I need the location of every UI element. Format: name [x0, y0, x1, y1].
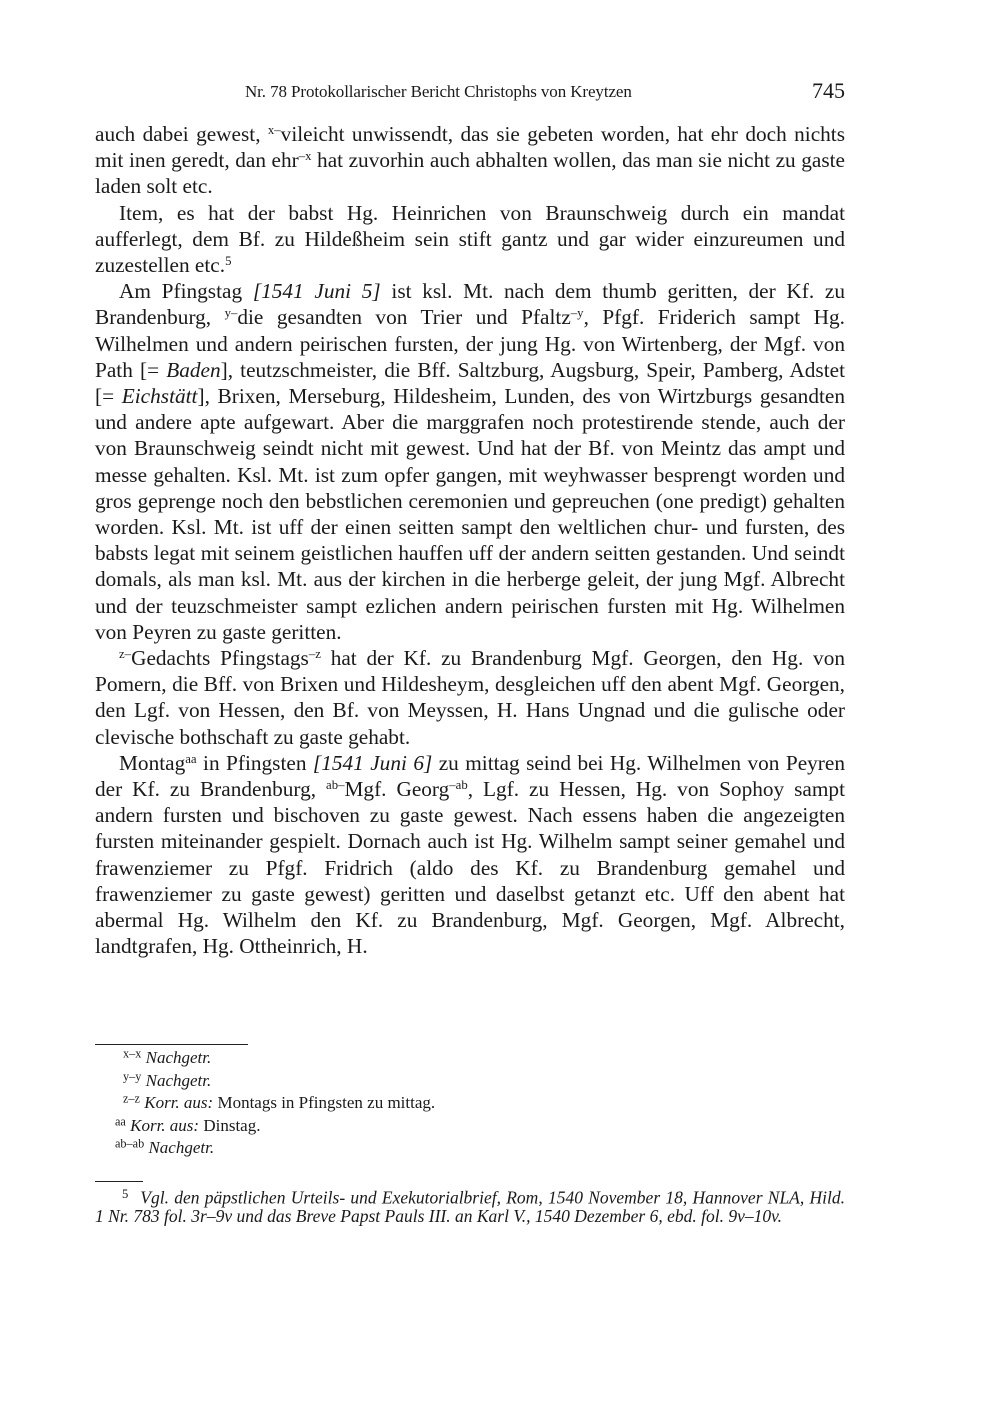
footnote-number: 5: [122, 1187, 128, 1201]
apparatus-mark: x–: [268, 123, 281, 137]
editorial-date: [1541 Juni 5]: [253, 279, 381, 303]
footnote-divider: [95, 1181, 143, 1182]
paragraph-5: Montagaa in Pfingsten [1541 Juni 6] zu m…: [95, 750, 845, 960]
editorial-gloss: Baden: [166, 358, 220, 382]
apparatus-mark: ab–: [326, 778, 344, 792]
apparatus-entry: aa Korr. aus: Dinstag.: [95, 1115, 845, 1138]
apparatus-mark: y–: [225, 306, 238, 320]
apparatus-mark: –z: [309, 647, 321, 661]
footnote-text: Vgl. den päpstlichen Urteils- und Exekut…: [95, 1188, 845, 1227]
editorial-gloss: Eichstätt: [122, 384, 198, 408]
textual-apparatus: x–x Nachgetr. y–y Nachgetr. z–z Korr. au…: [95, 1047, 845, 1160]
apparatus-entry: z–z Korr. aus: Montags in Pfingsten zu m…: [95, 1092, 845, 1115]
paragraph-2: Item, es hat der babst Hg. Heinrichen vo…: [95, 200, 845, 279]
apparatus-mark: –x: [299, 149, 312, 163]
main-text: auch dabei gewest, x–vileicht unwissendt…: [95, 121, 845, 960]
apparatus-mark: z–: [119, 647, 131, 661]
apparatus-mark: aa: [185, 752, 196, 766]
footnote-ref: 5: [225, 254, 231, 268]
paragraph-1: auch dabei gewest, x–vileicht unwissendt…: [95, 121, 845, 200]
footnote-5: 5Vgl. den päpstlichen Urteils- und Exeku…: [95, 1185, 845, 1226]
apparatus-entry: x–x Nachgetr.: [95, 1047, 845, 1070]
apparatus-mark: –ab: [449, 778, 467, 792]
apparatus-entry: y–y Nachgetr.: [95, 1070, 845, 1093]
apparatus-divider: [95, 1044, 248, 1045]
page-number: 745: [812, 78, 845, 104]
editorial-date: [1541 Juni 6]: [313, 751, 432, 775]
running-header: Nr. 78 Protokollarischer Bericht Christo…: [95, 78, 845, 108]
paragraph-3: Am Pfingstag [1541 Juni 5] ist ksl. Mt. …: [95, 278, 845, 645]
running-title: Nr. 78 Protokollarischer Bericht Christo…: [245, 82, 632, 102]
apparatus-mark: –y: [571, 306, 584, 320]
apparatus-entry: ab–ab Nachgetr.: [95, 1137, 845, 1160]
paragraph-4: z–Gedachts Pfingstags–z hat der Kf. zu B…: [95, 645, 845, 750]
